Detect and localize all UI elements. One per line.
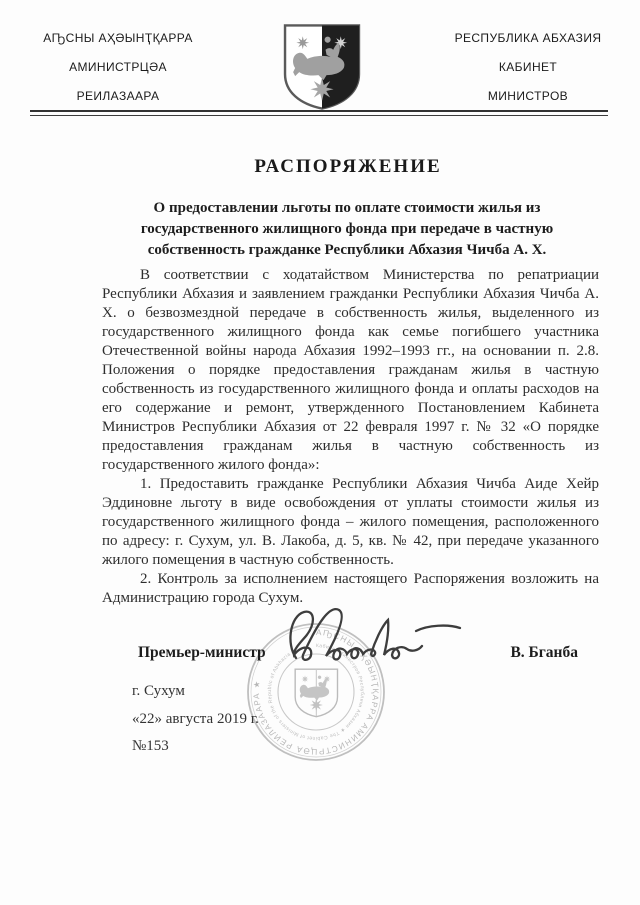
document-body: В соответствии с ходатайством Министерст… [102, 266, 599, 608]
letterhead-russian-line3: МИНИСТРОВ [448, 82, 608, 111]
letterhead-abkhaz: АҦСНЫ АҲӘЫНҬҚАРРА АМИНИСТРЦӘА РЕИЛАЗААРА [28, 24, 208, 111]
body-paragraph: В соответствии с ходатайством Министерст… [102, 266, 599, 475]
signer-name: В. Бганба [510, 644, 578, 662]
signer-title: Премьер-министр [138, 644, 266, 662]
clause-1: 1. Предоставить гражданке Республики Абх… [102, 475, 599, 570]
document-date: «22» августа 2019 г. [132, 706, 259, 734]
document-title: РАСПОРЯЖЕНИЕ [58, 156, 638, 178]
document-subject: О предоставлении льготы по оплате стоимо… [122, 198, 572, 261]
letterhead-abkhaz-line1: АҦСНЫ АҲӘЫНҬҚАРРА [28, 24, 208, 53]
coat-of-arms-icon [283, 23, 361, 111]
letterhead-russian-line1: РЕСПУБЛИКА АБХАЗИЯ [448, 24, 608, 53]
header-divider-line [30, 110, 608, 116]
letterhead-abkhaz-line2: АМИНИСТРЦӘА [28, 53, 208, 82]
seal-center-shield [295, 669, 337, 717]
document-page: АҦСНЫ АҲӘЫНҬҚАРРА АМИНИСТРЦӘА РЕИЛАЗААРА… [0, 0, 640, 905]
letterhead-abkhaz-line3: РЕИЛАЗААРА [28, 82, 208, 111]
document-number: №153 [132, 733, 259, 761]
letterhead-russian-line2: КАБИНЕТ [448, 53, 608, 82]
signature-scrawl [280, 600, 480, 672]
letterhead-russian: РЕСПУБЛИКА АБХАЗИЯ КАБИНЕТ МИНИСТРОВ [448, 24, 608, 111]
document-place: г. Сухум [132, 678, 259, 706]
document-meta: г. Сухум «22» августа 2019 г. №153 [132, 678, 259, 761]
